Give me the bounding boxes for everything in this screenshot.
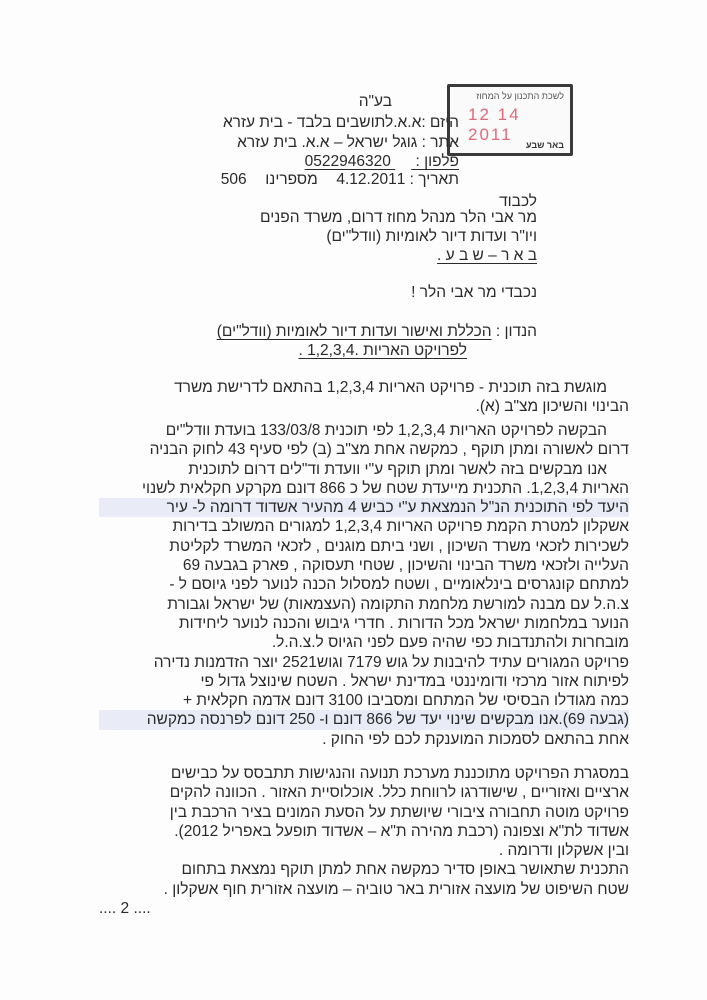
stamp-city: באר שבע <box>526 140 564 150</box>
text-line: העלייה ולזכאי משרד הבינוי והשיכון , שטחי… <box>99 556 629 575</box>
subject-title: הכללת ואישור ועדות דיור לאומיות (וודל"ים… <box>217 323 492 340</box>
text-line: פרויקט המגורים עתיד להיבנות על גוש 7179 … <box>99 653 629 672</box>
phone-label: פלפון : <box>416 153 459 170</box>
text-line: לשכירות לזכאי משרד השיכון , ושני ביתם מו… <box>99 537 629 556</box>
besiyata: בע"ה <box>359 92 392 111</box>
text-line: דרום לאשורה ומתן תוקף , כמקשה אחת מצ"ב (… <box>99 440 629 459</box>
stamp-office-text: לשכת התכנון על המחוז <box>476 91 564 101</box>
text-line: שטח השיפוט של מועצה אזורית באר טוביה – מ… <box>99 880 629 899</box>
text-line: (גבעה 69).אנו מבקשים שינוי יעד של 866 דו… <box>99 710 629 729</box>
text-line: הנוער במלחמות ישראל מכל הדורות . חדרי גי… <box>99 614 629 633</box>
page-continuation-marker: .... 2 .... <box>99 899 629 918</box>
text-line: מובחרות ולהתנדבות כפי שהיה פעם לפני הגיו… <box>99 633 629 652</box>
date-value: 4.12.2011 <box>336 171 405 188</box>
text-line: האריות 1,2,3,4. התכנית מייעדת שטח של כ 8… <box>99 479 629 498</box>
greeting: נכבדי מר אבי הלר ! <box>411 283 537 302</box>
ref-number: 506 <box>221 171 247 188</box>
received-stamp: לשכת התכנון על המחוז 12 14 2011 באר שבע <box>447 84 573 156</box>
text-line: אשדוד לת"א וצפונה (רכבת מהירה ת"א – אשדו… <box>99 822 629 841</box>
paragraph-transport: במסגרת הפרויקט מתוכננת מערכת תנועה והנגי… <box>99 764 629 918</box>
text-line: מוגשת בזה תוכנית - פרויקט האריות 1,2,3,4… <box>99 378 629 397</box>
paragraph-intro: מוגשת בזה תוכנית - פרויקט האריות 1,2,3,4… <box>99 378 629 417</box>
addressee-city: ב א ר – ש ב ע . <box>437 246 537 265</box>
text-line: אחת בהתאם לסמכות המוענקת לכם לפי החוק . <box>99 730 629 749</box>
phone-line: פלפון : 0522946320 <box>159 152 459 171</box>
text-line: אנו מבקשים בזה לאשר ומתן תוקף ע"י וועדת … <box>99 460 629 479</box>
date-label: תאריך : <box>410 171 459 188</box>
text-line: למתחם קונגרסים בינלאומיים , ושטח למסלול … <box>99 575 629 594</box>
text-line: ארציים ואזוריים , שישודרגו לרווחת כלל. א… <box>99 783 629 802</box>
text-line: ובין אשקלון ודרומה . <box>99 841 629 860</box>
text-line: התכנית שתאושר באופן סדיר כמקשה אחת למתן … <box>99 860 629 879</box>
letter-page: לשכת התכנון על המחוז 12 14 2011 באר שבע … <box>0 0 707 1000</box>
phone-number: 0522946320 <box>305 153 391 170</box>
addressee-name: מר אבי הלר מנהל מחוז דרום, משרד הפנים <box>260 208 537 227</box>
ref-label: מספרינו <box>265 171 317 188</box>
text-line: פרויקט מוטה תחבורה ציבורי שיושתת על הסעת… <box>99 803 629 822</box>
text-line: כמה מגודלו הבסיסי של המתחם ומסביבו 3100 … <box>99 691 629 710</box>
text-line: אשקלון למטרת הקמת פרויקט האריות 1,2,3,4 … <box>99 517 629 536</box>
text-line: היעד לפי התוכנית הנ"ל הנמצאת ע"י כביש 4 … <box>99 498 629 517</box>
text-line: צ.ה.ל עם מבנה למורשת מלחמת התקומה (העצמא… <box>99 595 629 614</box>
subject-line-2: לפרויקט האריות .1,2,3,4 . <box>299 341 468 360</box>
stamp-date: 12 14 2011 <box>468 105 570 145</box>
text-line: הבינוי והשיכון מצ"ב (א). <box>99 397 629 416</box>
text-line: במסגרת הפרויקט מתוכננת מערכת תנועה והנגי… <box>99 764 629 783</box>
subject-label: הנדון : <box>496 323 537 340</box>
addressee-title: ויו"ר ועדות דיור לאומיות (וודל"ים) <box>326 227 537 246</box>
initiator-line: היזם :א.א.לתושבים בלבד - בית עזרא <box>223 113 459 132</box>
subject-line-1: הנדון : הכללת ואישור ועדות דיור לאומיות … <box>217 322 537 341</box>
site-line: אתר : גוגל ישראל – א.א. בית עזרא <box>237 133 459 152</box>
paragraph-request: הבקשה לפרויקט האריות 1,2,3,4 לפי תוכנית … <box>99 421 629 749</box>
text-line: לפיתוח אזור מרכזי ודומיננטי במדינת ישראל… <box>99 672 629 691</box>
text-line: הבקשה לפרויקט האריות 1,2,3,4 לפי תוכנית … <box>99 421 629 440</box>
date-line: תאריך : 4.12.2011 מספרינו 506 <box>221 170 459 189</box>
